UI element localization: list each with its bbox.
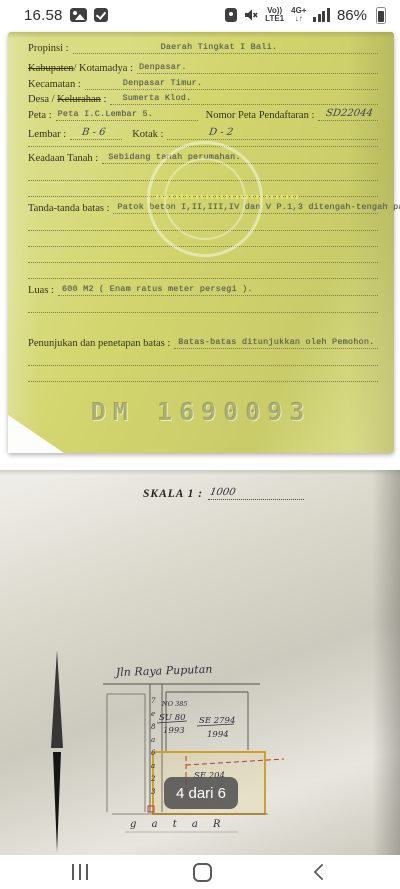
- field-label: / Kotamadya :: [73, 63, 132, 74]
- dotted-line: [28, 381, 378, 382]
- field-label: Desa /: [28, 94, 57, 105]
- alley-letter: 2: [150, 775, 156, 783]
- page-indicator-toast: 4 dari 6: [164, 777, 238, 809]
- street-name-bottom: g a t a R: [130, 819, 227, 830]
- red-note: NO 385: [161, 700, 188, 708]
- lock-icon: [225, 8, 237, 22]
- left-parcel: [107, 694, 145, 812]
- field-label: Propinsi :: [28, 43, 73, 54]
- alley-letter: 8: [151, 723, 156, 731]
- clock: 16.58: [14, 7, 63, 24]
- embossed-stamp: [147, 141, 263, 257]
- parcel1-year: 1993: [163, 726, 185, 736]
- field-label: Nomor Peta Pendaftaran :: [198, 110, 319, 121]
- alley-letter: e: [151, 710, 155, 718]
- alley-letter: 3: [151, 788, 156, 796]
- land-form-page[interactable]: Propinsi : Daerah Tingkat I Bali. Kabupa…: [8, 32, 394, 453]
- alley-letter: 7: [151, 697, 156, 705]
- field-value-handwritten: SD22044: [326, 108, 374, 119]
- dotted-line: [28, 278, 378, 279]
- field-label: Lembar :: [28, 129, 70, 140]
- field-value: Denpasar.: [139, 62, 187, 72]
- battery-percent: 86%: [337, 7, 367, 24]
- field-value: Daerah Tingkat I Bali.: [161, 42, 278, 52]
- checkbox-notification-icon: [94, 8, 108, 22]
- field-label: Luas :: [28, 285, 58, 296]
- street-name-top: Jln Raya Puputan: [114, 663, 213, 679]
- field-label: Tanda-tanda batas :: [28, 203, 113, 214]
- field-value: Denpasar Timur.: [123, 78, 203, 88]
- recents-button[interactable]: [72, 864, 88, 880]
- field-value: Batas-batas ditunjukkan oleh Pemohon.: [178, 337, 374, 347]
- north-arrow-tail: [53, 752, 61, 852]
- form-row-kabupaten: Kabupaten/ Kotamadya : Denpasar.: [28, 60, 378, 74]
- parcel2-year: 1994: [207, 730, 229, 740]
- network-type-indicator: 4G+ ↓↑: [291, 7, 306, 23]
- field-label: Keadaan Tanah :: [28, 153, 102, 164]
- form-row-penunjukan: Penunjukan dan penetapan batas : Batas-b…: [28, 335, 378, 349]
- android-nav-bar: [0, 855, 400, 889]
- form-row-peta: Peta : Peta I.C.Lembar 5. Nomor Peta Pen…: [28, 107, 378, 121]
- field-label-struck: Kelurahan: [57, 94, 101, 105]
- field-value: 600 M2 ( Enam ratus meter persegi ).: [62, 284, 253, 294]
- mute-icon: [244, 8, 258, 22]
- form-row-luas: Luas : 600 M2 ( Enam ratus meter persegi…: [28, 282, 378, 296]
- dotted-line: [28, 312, 378, 313]
- volte-indicator: Vo)) LTE1: [265, 7, 284, 23]
- field-label: Kecamatan :: [28, 79, 85, 90]
- signal-strength-icon: [313, 8, 330, 22]
- home-button[interactable]: [193, 863, 212, 882]
- dotted-line: [28, 365, 378, 366]
- field-label: Kotak :: [122, 129, 167, 140]
- north-arrow-head: [51, 650, 63, 748]
- alley-letter: a: [151, 762, 155, 770]
- status-bar: 16.58 Vo)) LTE1 4G+ ↓↑ 86%: [0, 0, 400, 30]
- form-row-desa: Desa / Kelurahan : Sumerta Klod.: [28, 91, 378, 105]
- page-corner-fold: [8, 415, 64, 453]
- gallery-notification-icon: [70, 8, 87, 22]
- form-row-kecamatan: Kecamatan : Denpasar Timur.: [28, 76, 378, 90]
- stamp-dotted-text: [156, 195, 300, 199]
- field-label: Peta :: [28, 110, 56, 121]
- form-row-propinsi: Propinsi : Daerah Tingkat I Bali.: [28, 40, 378, 54]
- phone-screen: 16.58 Vo)) LTE1 4G+ ↓↑ 86%: [0, 0, 400, 889]
- battery-icon: [376, 7, 386, 24]
- perforated-serial-number: DM 1690093: [8, 397, 394, 426]
- field-label: Penunjukan dan penetapan batas :: [28, 338, 174, 349]
- alley-letter: 6: [151, 749, 156, 757]
- field-value: Sumerta Klod.: [122, 93, 191, 103]
- embossed-stamp-inner-ring: [164, 158, 246, 240]
- dotted-line: [28, 262, 378, 263]
- field-value-handwritten: B - 6: [81, 127, 106, 138]
- field-value: Peta I.C.Lembar 5.: [58, 109, 153, 119]
- page-indicator-text: 4 dari 6: [176, 785, 226, 802]
- field-label-struck: Kabupaten: [28, 63, 73, 74]
- back-button[interactable]: [314, 864, 331, 881]
- alley-letter: a: [151, 736, 155, 744]
- form-row-lembar: Lembar : B - 6 Kotak : D - 2: [28, 126, 378, 140]
- field-value-handwritten: D - 2: [209, 127, 235, 138]
